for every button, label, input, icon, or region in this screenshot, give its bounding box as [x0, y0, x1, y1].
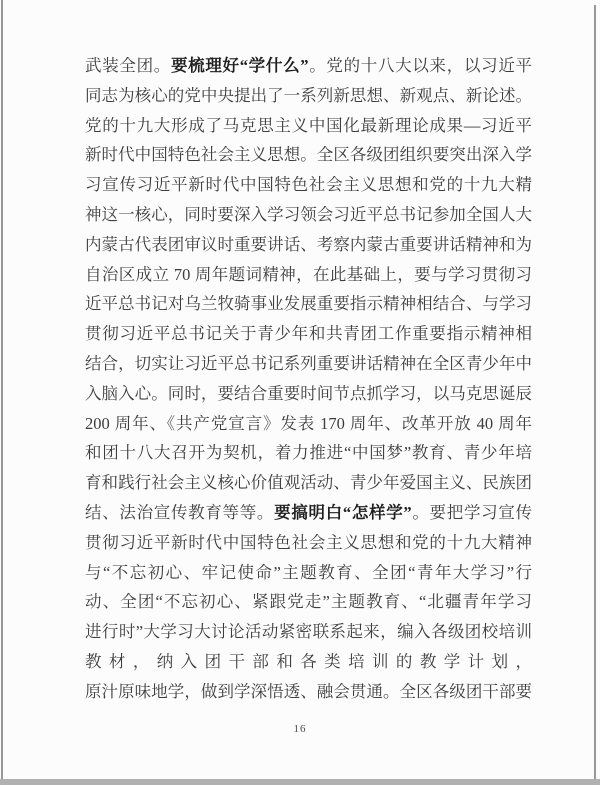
text-line: 同志为核心的党中央提出了一系列新思想、新观点、新论述。 — [85, 81, 532, 111]
text-segment: 神这一核心，同时要深入学习领会习近平总书记参加全国人大 — [85, 205, 532, 224]
text-line: 入脑入心。同时，要结合重要时间节点抓学习，以马克思诞辰 — [85, 379, 532, 409]
text-segment: 党的十九大形成了马克思主义中国化最新理论成果—习近平 — [85, 116, 532, 135]
inline-bold-heading: 要梳理好“学什么” — [171, 56, 309, 75]
text-segment: 进行时”大学习大讨论活动紧密联系起来，编入各级团校培训 — [85, 622, 532, 641]
text-segment: 新时代中国特色社会主义思想。全区各级团组织要突出深入学 — [85, 145, 532, 164]
text-segment: 自治区成立 70 周年题词精神，在此基础上，要与学习贯彻习 — [85, 265, 532, 284]
text-line: 200 周年、《共产党宣言》发表 170 周年、改革开放 40 周年 — [85, 409, 532, 439]
text-segment: 和团十八大召开为契机，着力推进“中国梦”教育、青少年培 — [85, 443, 532, 462]
text-line: 原汁原味地学，做到学深悟透、融会贯通。全区各级团干部要 — [85, 677, 532, 707]
text-line: 育和践行社会主义核心价值观活动、青少年爱国主义、民族团 — [85, 468, 532, 498]
text-line: 结合，切实让习近平总书记系列重要讲话精神在全区青少年中 — [85, 349, 532, 379]
text-segment: 同志为核心的党中央提出了一系列新思想、新观点、新论述。 — [85, 86, 532, 105]
text-segment: 武装全团。 — [85, 56, 171, 75]
text-segment: 结、法治宣传教育等等。 — [85, 503, 274, 522]
inline-bold-heading: 要搞明白“怎样学” — [274, 503, 412, 522]
scan-edge-left — [1, 0, 3, 785]
text-line: 新时代中国特色社会主义思想。全区各级团组织要突出深入学 — [85, 140, 532, 170]
text-segment: 内蒙古代表团审议时重要讲话、考察内蒙古重要讲话精神和为 — [85, 235, 532, 254]
text-segment: 近平总书记对乌兰牧骑事业发展重要指示精神相结合、与学习 — [85, 294, 532, 313]
text-segment: 贯彻习近平总书记关于青少年和共青团工作重要指示精神相 — [85, 324, 532, 343]
text-line: 和团十八大召开为契机，着力推进“中国梦”教育、青少年培 — [85, 438, 532, 468]
text-segment: 贯彻习近平新时代中国特色社会主义思想和党的十九大精神 — [85, 533, 532, 552]
text-line: 神这一核心，同时要深入学习领会习近平总书记参加全国人大 — [85, 200, 532, 230]
text-line: 与“不忘初心、牢记使命”主题教育、全团“青年大学习”行 — [85, 558, 532, 588]
text-segment: 结合，切实让习近平总书记系列重要讲话精神在全区青少年中 — [85, 354, 532, 373]
text-line: 武装全团。要梳理好“学什么”。党的十八大以来，以习近平 — [85, 51, 532, 81]
text-segment: 入脑入心。同时，要结合重要时间节点抓学习，以马克思诞辰 — [85, 384, 532, 403]
text-segment: 原汁原味地学，做到学深悟透、融会贯通。全区各级团干部要 — [85, 682, 532, 701]
body-text: 武装全团。要梳理好“学什么”。党的十八大以来，以习近平同志为核心的党中央提出了一… — [85, 51, 532, 707]
text-line: 教材，纳入团干部和各类培训的教学计划，坚持原原本本地学、 — [85, 647, 532, 677]
text-line: 近平总书记对乌兰牧骑事业发展重要指示精神相结合、与学习 — [85, 289, 532, 319]
text-line: 贯彻习近平新时代中国特色社会主义思想和党的十九大精神 — [85, 528, 532, 558]
text-segment: 。党的十八大以来，以习近平 — [309, 56, 532, 75]
text-line: 动、全团“不忘初心、紧跟党走”主题教育、“北疆青年学习 — [85, 587, 532, 617]
text-segment: 习宣传习近平新时代中国特色社会主义思想和党的十九大精 — [85, 175, 532, 194]
text-segment: 教材，纳入团干部和各类培训的教学计划，坚持原原本本地学、 — [85, 652, 532, 677]
text-line: 贯彻习近平总书记关于青少年和共青团工作重要指示精神相 — [85, 319, 532, 349]
text-line: 自治区成立 70 周年题词精神，在此基础上，要与学习贯彻习 — [85, 260, 532, 290]
scan-edge-right — [594, 5, 596, 785]
text-segment: 。要把学习宣传 — [412, 503, 532, 522]
text-line: 内蒙古代表团审议时重要讲话、考察内蒙古重要讲话精神和为 — [85, 230, 532, 260]
text-segment: 200 周年、《共产党宣言》发表 170 周年、改革开放 40 周年 — [85, 414, 532, 433]
text-segment: 育和践行社会主义核心价值观活动、青少年爱国主义、民族团 — [85, 473, 532, 492]
scan-edge-bottom — [0, 779, 600, 785]
text-segment: 动、全团“不忘初心、紧跟党走”主题教育、“北疆青年学习 — [85, 592, 532, 611]
text-line: 习宣传习近平新时代中国特色社会主义思想和党的十九大精 — [85, 170, 532, 200]
text-line: 党的十九大形成了马克思主义中国化最新理论成果—习近平 — [85, 111, 532, 141]
page-number: 16 — [0, 723, 600, 735]
text-segment: 与“不忘初心、牢记使命”主题教育、全团“青年大学习”行 — [85, 563, 532, 582]
text-line: 结、法治宣传教育等等。要搞明白“怎样学”。要把学习宣传 — [85, 498, 532, 528]
text-line: 进行时”大学习大讨论活动紧密联系起来，编入各级团校培训 — [85, 617, 532, 647]
document-page: 武装全团。要梳理好“学什么”。党的十八大以来，以习近平同志为核心的党中央提出了一… — [0, 0, 600, 785]
